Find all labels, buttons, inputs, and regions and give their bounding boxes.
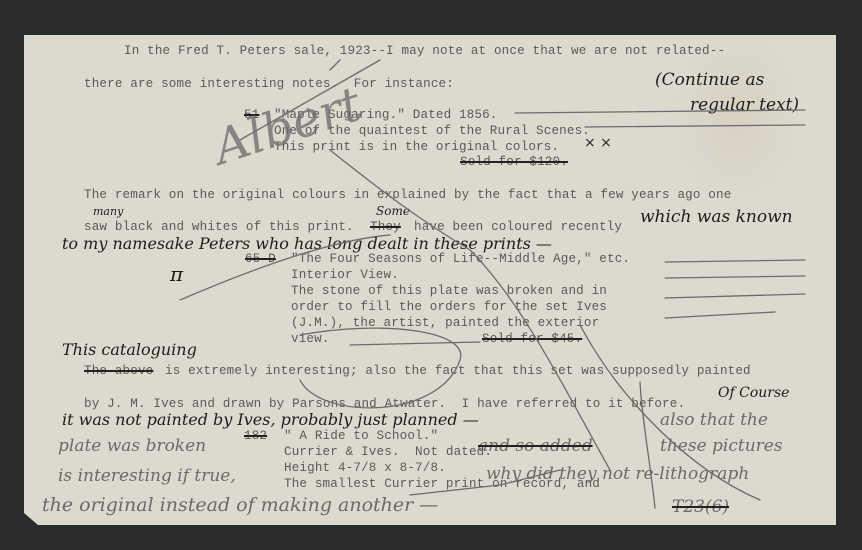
handwritten-note: plate was broken [58, 436, 206, 456]
typed-line: Interior View. [291, 268, 399, 282]
handwritten-note: to my namesake Peters who has long dealt… [62, 234, 552, 253]
handwritten-note: regular text) [690, 95, 799, 115]
typed-line: " A Ride to School." [284, 429, 438, 443]
typed-line: Currier & Ives. Not dated. [284, 445, 492, 459]
handwritten-code: T23(6) [672, 497, 729, 517]
handwritten-insert: Some [376, 204, 410, 218]
catalog-number: 65-D [245, 252, 276, 266]
handwritten-note: which was known [640, 207, 793, 227]
typed-line: Height 4-7/8 x 8-7/8. [284, 461, 446, 475]
struck-phrase: The above [84, 364, 153, 378]
sold-price: Sold for $45. [482, 332, 582, 346]
typed-line: In the Fred T. Peters sale, 1923--I may … [124, 44, 725, 58]
typed-line: have been coloured recently [414, 220, 622, 234]
handwritten-note: and so added [478, 436, 593, 456]
handwritten-note: these pictures [660, 436, 783, 456]
typed-line: view. [291, 332, 330, 346]
handwritten-note: This cataloguing [62, 340, 197, 359]
typed-line: (J.M.), the artist, painted the exterior [291, 316, 599, 330]
handwritten-insert: many [93, 205, 123, 218]
handwritten-note: it was not painted by Ives, probably jus… [62, 410, 479, 429]
handwritten-note: the original instead of making another — [42, 494, 438, 516]
handwritten-note: also that the [660, 410, 768, 430]
typed-line: order to fill the orders for the set Ive… [291, 300, 607, 314]
typed-line: The remark on the original colours in ex… [84, 188, 731, 202]
typed-line: is extremely interesting; also the fact … [165, 364, 751, 378]
typed-line: by J. M. Ives and drawn by Parsons and A… [84, 397, 685, 411]
catalog-number: 182 [244, 429, 267, 443]
sold-price: Sold for $120. [460, 155, 568, 169]
handwritten-note: is interesting if true, [58, 466, 236, 486]
handwritten-note: Of Course [718, 385, 789, 401]
pi-symbol: π [170, 262, 183, 286]
typed-line: The stone of this plate was broken and i… [291, 284, 607, 298]
typed-line: saw black and whites of this print. [84, 220, 354, 234]
handwritten-note: why did they not re-lithograph [486, 464, 749, 484]
typed-line: "The Four Seasons of Life--Middle Age," … [291, 252, 630, 266]
struck-word: They [370, 220, 401, 234]
handwritten-mark: × × [584, 135, 612, 151]
handwritten-note: (Continue as [655, 70, 764, 90]
typed-line: there are some interesting notes. For in… [84, 77, 454, 91]
